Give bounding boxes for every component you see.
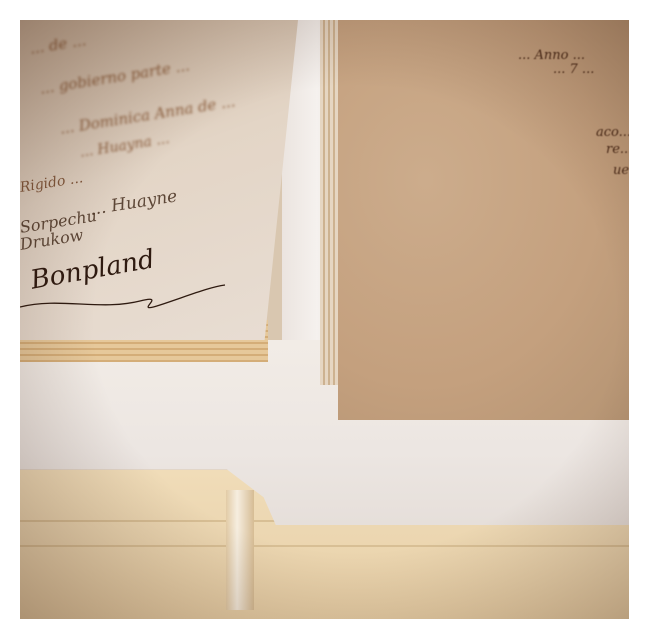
ms-line: ... de ... bbox=[29, 31, 88, 58]
ms-line: re... bbox=[606, 142, 629, 157]
photograph: ... Anno ... ... 7 ... aco... re... ue..… bbox=[20, 20, 629, 619]
left-manuscript: ... de ... ... gobierno parte ... ... Do… bbox=[20, 20, 298, 340]
ms-line: ... Huayne bbox=[88, 186, 178, 220]
signature-flourish bbox=[20, 275, 240, 315]
ms-line: ue... bbox=[613, 163, 629, 178]
ms-line: ... gobierno parte ... bbox=[39, 56, 191, 97]
ms-line: ... Anno ... bbox=[518, 48, 585, 63]
folder-fold bbox=[226, 490, 254, 610]
ms-line: ... 7 ... bbox=[553, 62, 594, 77]
ms-line: Rigido ... bbox=[20, 170, 84, 196]
ms-line: aco... bbox=[596, 125, 629, 140]
ms-line: ... Dominica Anna de ... bbox=[59, 92, 237, 137]
folder-edge bbox=[20, 545, 629, 547]
right-manuscript: ... Anno ... ... 7 ... aco... re... ue..… bbox=[338, 20, 629, 420]
ms-line: ... Huayna ... bbox=[79, 131, 171, 161]
